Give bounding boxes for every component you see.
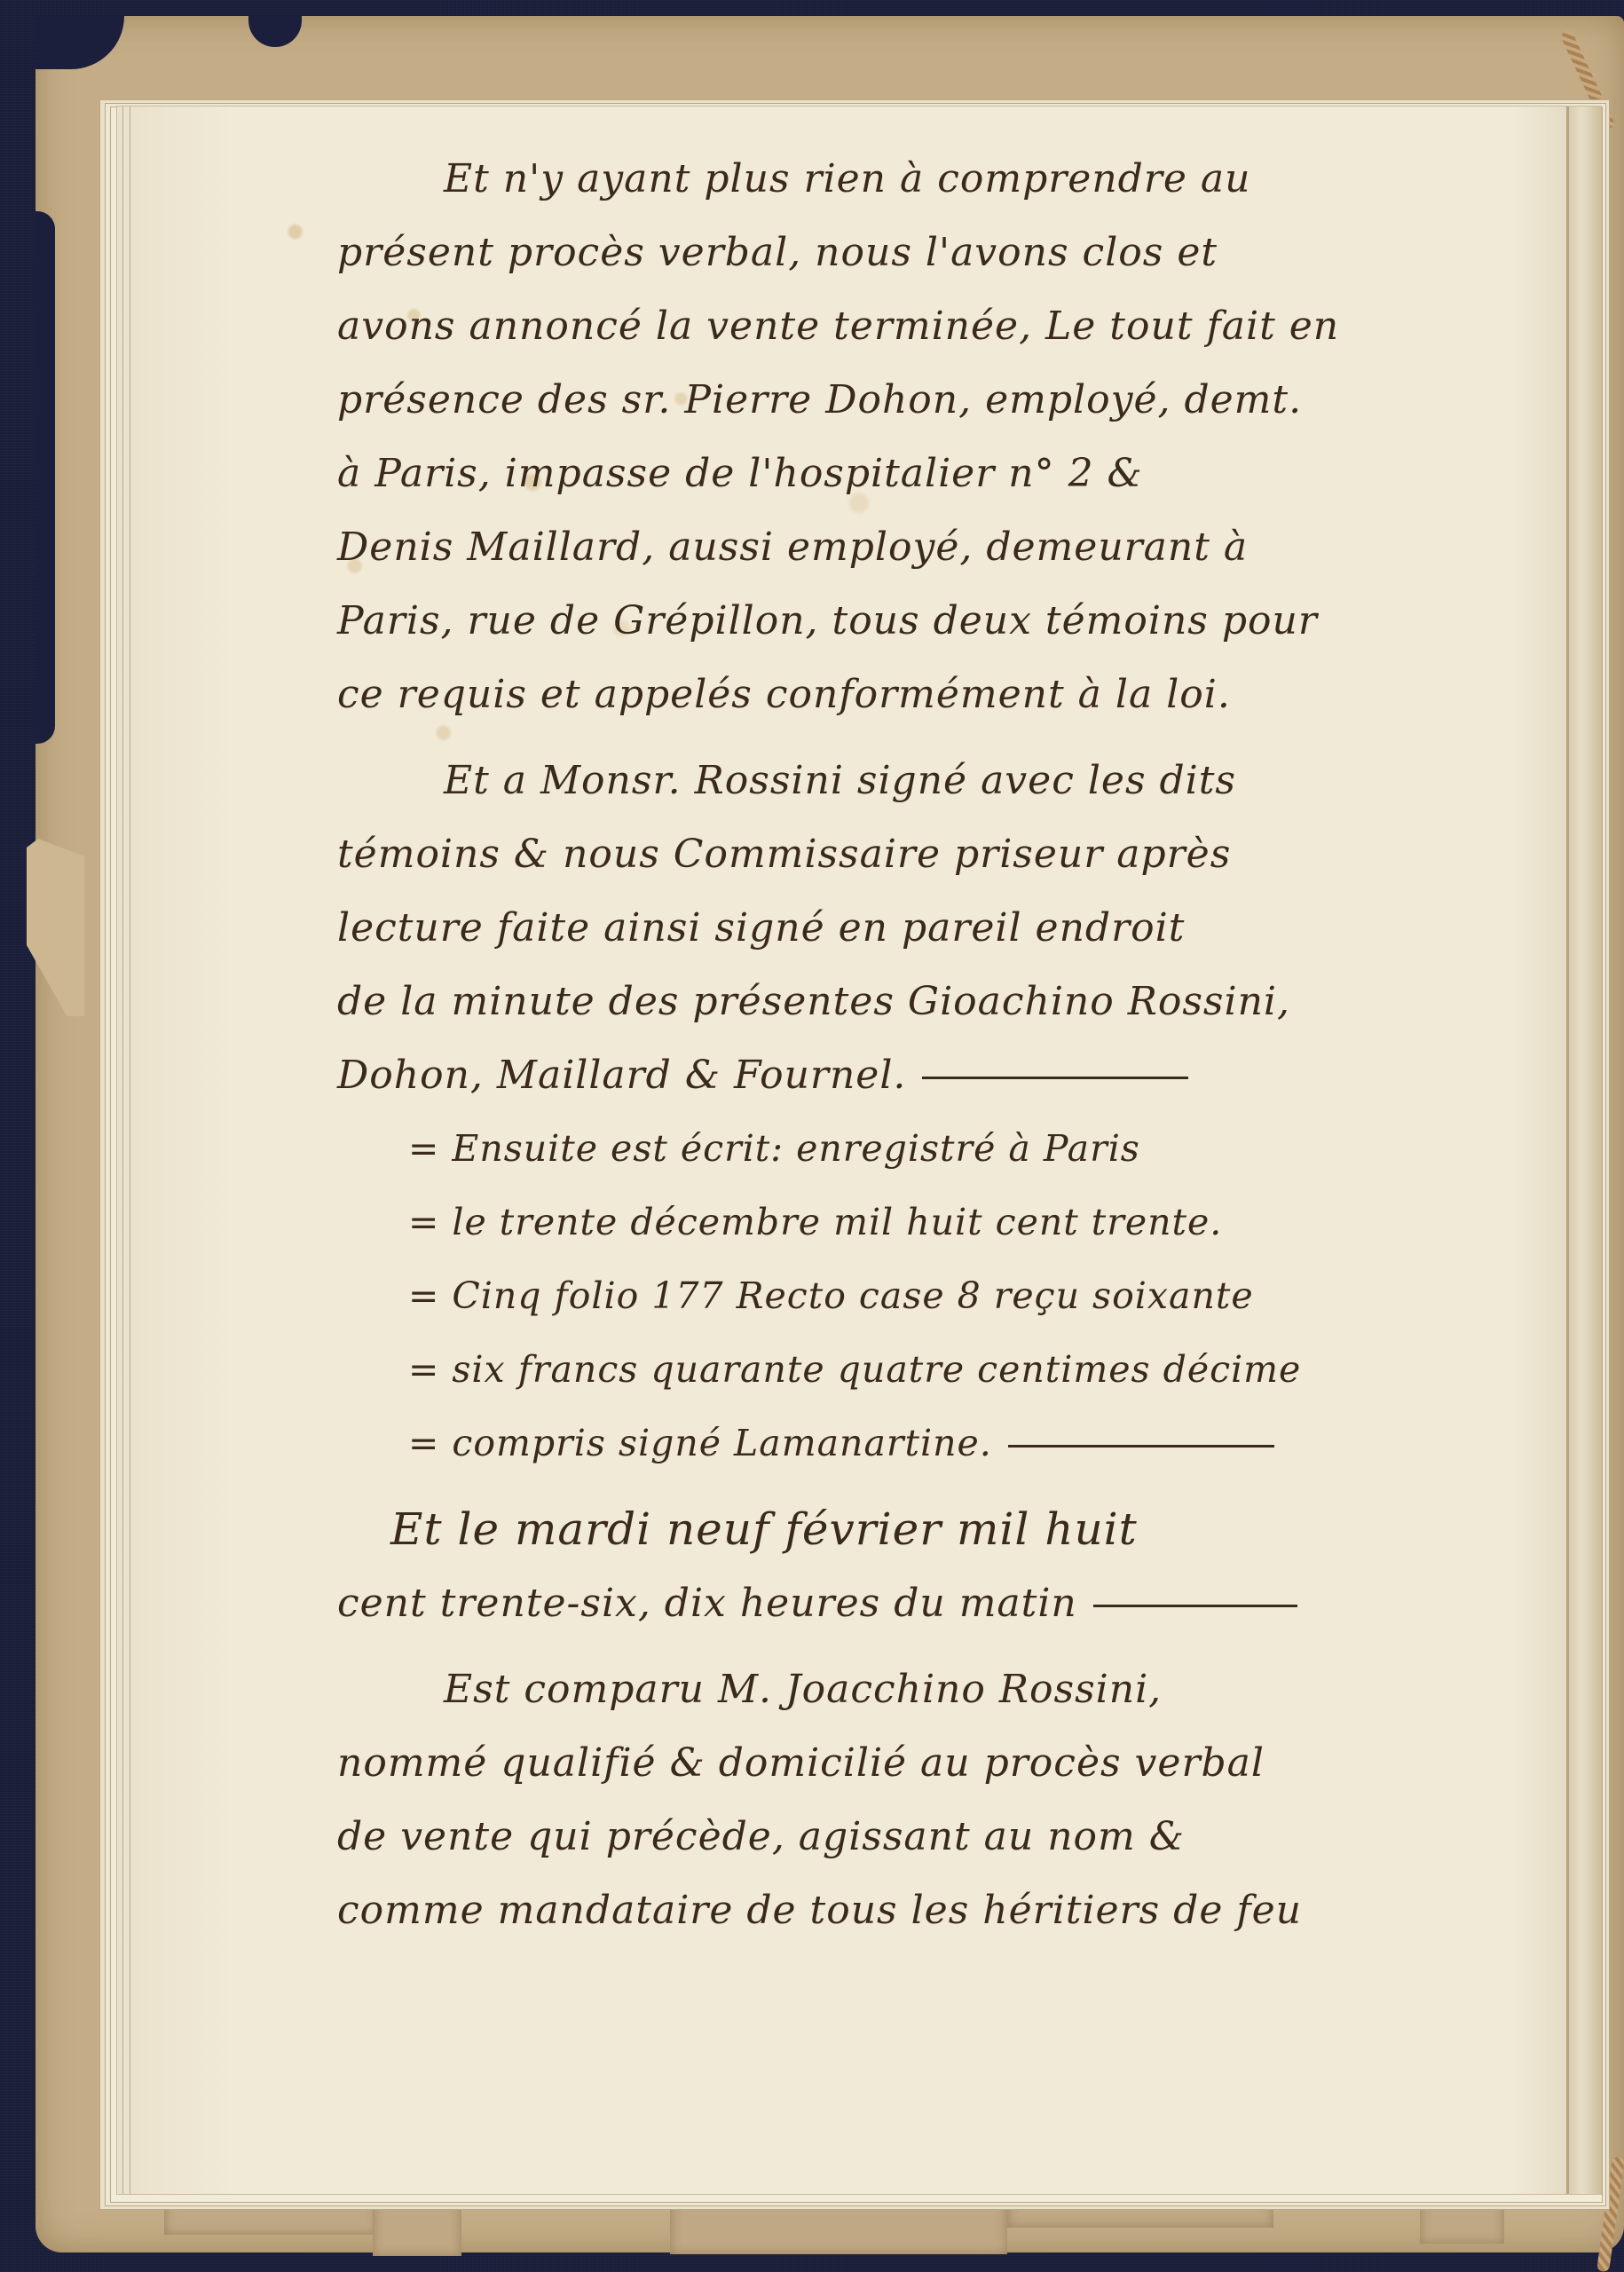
text-line: = le trente décembre mil huit cent trent… [337, 1186, 1482, 1259]
line-filler-rule [1008, 1445, 1274, 1448]
text-line: Et n'y ayant plus rien à comprendre au [337, 142, 1482, 216]
text-line-with-rule: cent trente-six, dix heures du matin [337, 1566, 1482, 1640]
text-line: présence des sr. Pierre Dohon, employé, … [337, 363, 1482, 437]
torn-edge [35, 211, 55, 744]
text-line-with-rule: = compris signé Lamanartine. [337, 1407, 1482, 1480]
text-line: Et a Monsr. Rossini signé avec les dits [337, 744, 1482, 817]
page-edge-line [130, 106, 130, 2194]
text-line: de vente qui précède, agissant au nom & [337, 1800, 1482, 1874]
text-line: Denis Maillard, aussi employé, demeurant… [337, 510, 1482, 584]
text-line: à Paris, impasse de l'hospitalier n° 2 & [337, 437, 1482, 510]
text-line-with-rule: Dohon, Maillard & Fournel. [337, 1038, 1482, 1112]
torn-edge [248, 16, 302, 47]
text-line: de la minute des présentes Gioachino Ros… [337, 965, 1482, 1038]
text-line: Et le mardi neuf février mil huit [337, 1493, 1482, 1566]
text-line: cent trente-six, dix heures du matin [337, 1581, 1077, 1626]
text-line: = six francs quarante quatre centimes dé… [337, 1333, 1482, 1407]
text-line: Dohon, Maillard & Fournel. [337, 1053, 906, 1098]
text-line: témoins & nous Commissaire priseur après [337, 817, 1482, 891]
text-line: = Ensuite est écrit: enregistré à Paris [337, 1112, 1482, 1186]
line-filler-rule [922, 1077, 1188, 1079]
page-edge-line [122, 106, 123, 2194]
line-filler-rule [1093, 1605, 1297, 1607]
text-line: nommé qualifié & domicilié au procès ver… [337, 1726, 1482, 1800]
text-line: Est comparu M. Joacchino Rossini, [337, 1653, 1482, 1726]
text-line: présent procès verbal, nous l'avons clos… [337, 216, 1482, 289]
text-line: Paris, rue de Grépillon, tous deux témoi… [337, 584, 1482, 658]
handwritten-text: Et n'y ayant plus rien à comprendre au p… [337, 142, 1482, 1947]
text-line: ce requis et appelés conformément à la l… [337, 658, 1482, 731]
text-line: lecture faite ainsi signé en pareil endr… [337, 891, 1482, 965]
text-line: = Cinq folio 177 Recto case 8 reçu soixa… [337, 1259, 1482, 1333]
text-line: = compris signé Lamanartine. [408, 1422, 992, 1464]
text-line: comme mandataire de tous les héritiers d… [337, 1874, 1482, 1947]
text-line: avons annoncé la vente terminée, Le tout… [337, 289, 1482, 363]
binding-gutter [1566, 106, 1601, 2194]
torn-edge [35, 16, 124, 69]
